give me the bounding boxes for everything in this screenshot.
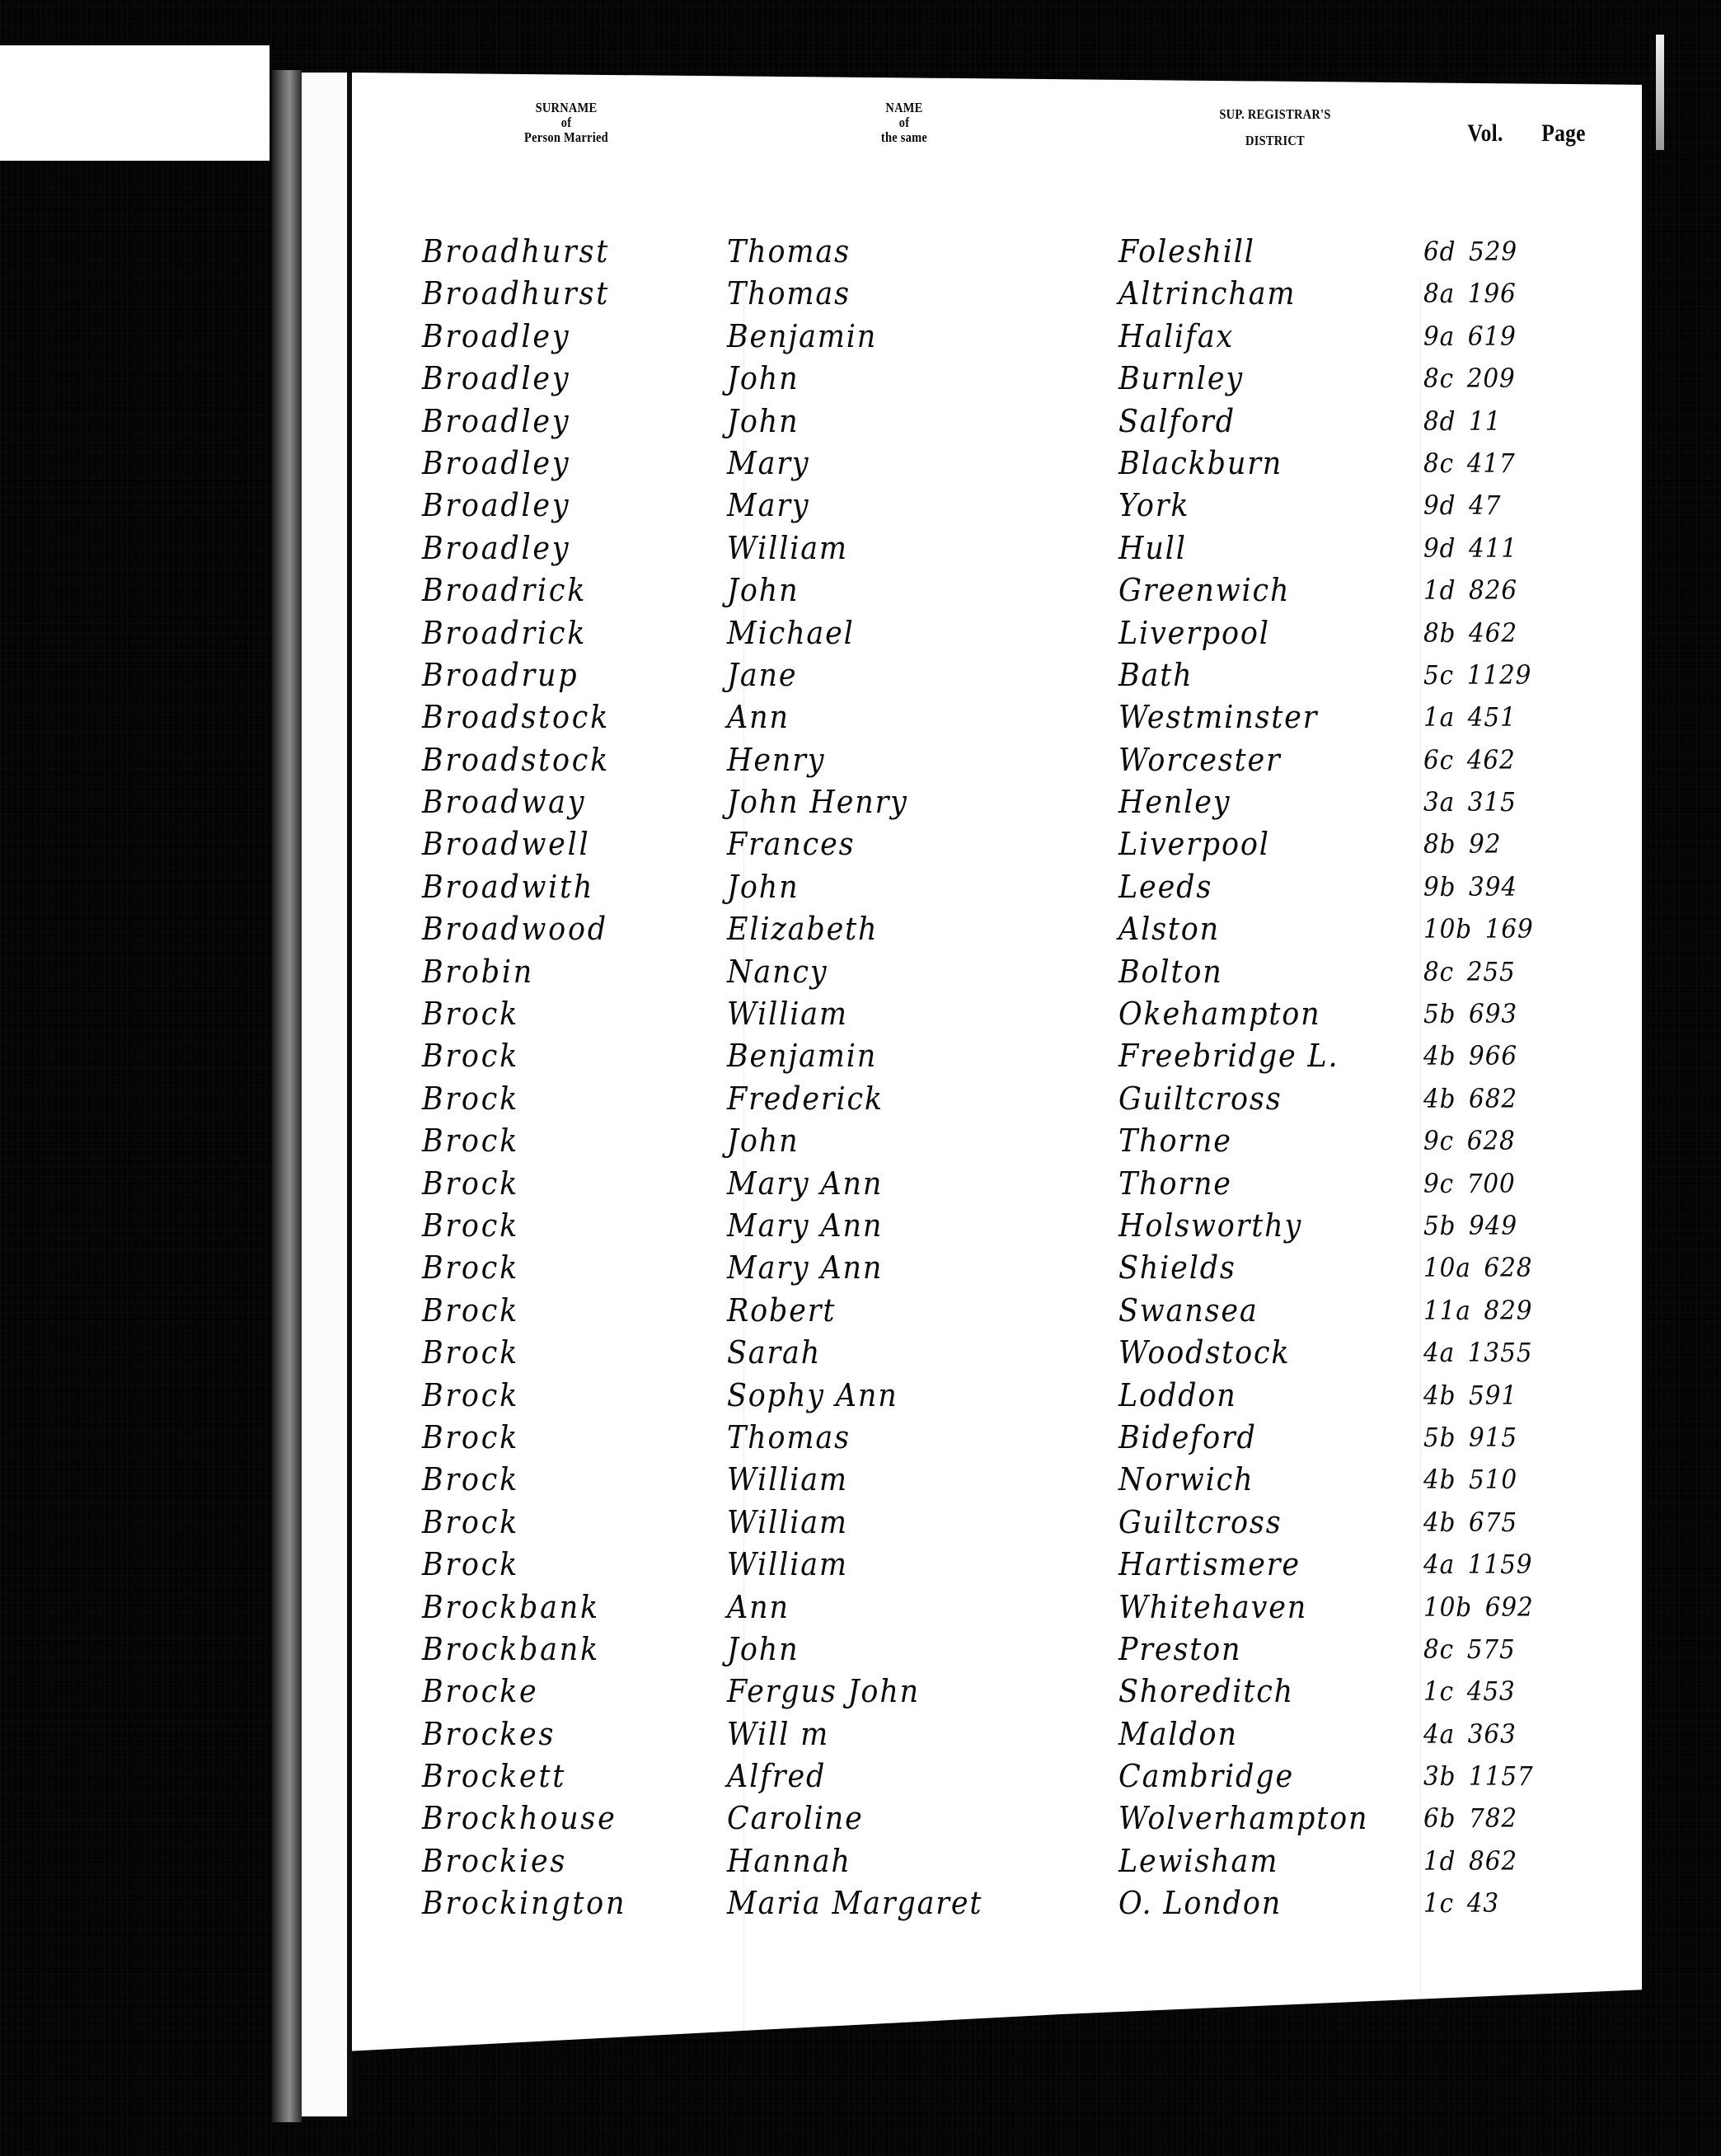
film-edge-glint [1656,35,1664,150]
vol-page-cell: 4a 1355 [1423,1332,1532,1374]
table-row: BroadleyJohnBurnley8c 209 [352,358,1642,400]
surname-cell: Brock [422,1332,519,1374]
name-cell: William [727,1544,848,1586]
surname-cell: Broadley [422,443,570,485]
vol-page-cell: 3b 1157 [1423,1755,1534,1797]
name-cell: William [727,527,848,569]
surname-cell: Broadley [422,316,570,358]
surname-cell: Broadley [422,358,570,400]
vol-value: 1c [1423,1887,1454,1919]
surname-cell: Broadwood [422,908,608,950]
name-cell: Mary [727,485,809,527]
vol-value: 8c [1423,956,1454,987]
name-cell: Maria Margaret [727,1882,982,1924]
header-text: NAME [856,101,954,115]
name-cell: Thomas [727,231,851,273]
vol-page-cell: 5b 915 [1423,1417,1517,1459]
page-value: 693 [1469,998,1517,1029]
page-value: 92 [1469,828,1501,860]
district-cell: Maldon [1118,1713,1238,1755]
vol-page-cell: 6c 462 [1423,739,1516,781]
surname-cell: Brock [422,1078,519,1120]
table-row: BrockSarahWoodstock4a 1355 [352,1332,1642,1374]
page-value: 451 [1468,701,1517,733]
surname-cell: Brockbank [422,1587,600,1629]
vol-value: 8b [1423,828,1456,860]
name-cell: Will m [727,1713,829,1755]
name-cell: John [727,866,799,908]
name-cell: Jane [727,654,797,696]
district-cell: Norwich [1118,1459,1254,1501]
district-cell: Wolverhampton [1118,1797,1368,1840]
district-cell: Bath [1118,654,1193,696]
page-value: 628 [1467,1125,1516,1156]
name-cell: Frances [727,823,855,865]
name-cell: Benjamin [727,316,877,358]
vol-value: 5b [1423,998,1456,1029]
district-cell: Salford [1118,401,1236,443]
vol-page-cell: 8d 11 [1423,401,1501,443]
page-value: 591 [1469,1380,1517,1411]
table-row: BroadleyBenjaminHalifax9a 619 [352,316,1642,358]
page-value: 915 [1469,1422,1517,1453]
district-cell: Halifax [1118,316,1234,358]
name-cell: John [727,1120,799,1162]
vol-page-cell: 5b 949 [1423,1205,1517,1247]
vol-value: 1d [1423,1845,1456,1877]
page-value: 862 [1469,1845,1517,1877]
surname-cell: Brock [422,1290,519,1332]
vol-page-cell: 1d 826 [1423,569,1517,612]
vol-page-cell: 9b 394 [1423,866,1517,908]
table-row: BrockWilliamHartismere4a 1159 [352,1544,1642,1586]
page-value: 510 [1469,1464,1517,1495]
table-row: BrockesWill mMaldon4a 363 [352,1713,1642,1755]
vol-page-cell: 4a 1159 [1423,1544,1532,1586]
header-text: SUP. REGISTRAR'S [1198,107,1353,122]
vol-page-cell: 9d 47 [1423,485,1501,527]
district-cell: Cambridge [1118,1755,1294,1797]
vol-page-cell: 9d 411 [1423,527,1517,569]
surname-cell: Brock [422,1120,519,1162]
district-cell: Hull [1118,527,1187,569]
name-cell: Thomas [727,1417,851,1459]
page-value: 692 [1485,1591,1534,1623]
name-cell: William [727,993,848,1035]
district-cell: Bideford [1118,1417,1257,1459]
surname-cell: Broadwith [422,866,594,908]
name-cell: Fergus John [727,1671,920,1713]
header-text: of [490,115,644,130]
vol-page-cell: 10b 692 [1423,1587,1534,1629]
name-cell: Mary Ann [727,1205,883,1247]
district-cell: Burnley [1118,358,1244,400]
table-row: BrockMary AnnHolsworthy5b 949 [352,1205,1642,1247]
film-leader-tab [0,45,270,161]
district-cell: York [1118,485,1189,527]
vol-page-cell: 6d 529 [1423,231,1517,273]
vol-value: 9d [1423,490,1456,521]
table-row: BroadrupJaneBath5c 1129 [352,654,1642,696]
surname-cell: Broadstock [422,696,610,738]
vol-value: 8d [1423,405,1456,437]
table-row: BroadstockAnnWestminster1a 451 [352,696,1642,738]
vol-page-cell: 4b 591 [1423,1375,1517,1417]
page-value: 675 [1469,1507,1517,1538]
vol-value: 9a [1423,321,1455,352]
table-row: BroadhurstThomasFoleshill6d 529 [352,231,1642,273]
page-value: 43 [1467,1887,1499,1919]
page-value: 462 [1467,744,1516,776]
table-row: BrobinNancyBolton8c 255 [352,951,1642,993]
vol-page-cell: 8a 196 [1423,273,1517,315]
district-cell: Swansea [1118,1290,1259,1332]
vol-page-cell: 8c 255 [1423,951,1516,993]
name-cell: Mary Ann [727,1247,883,1289]
name-cell: Sarah [727,1332,821,1374]
vol-value: 4a [1423,1337,1455,1368]
vol-value: 9b [1423,871,1456,902]
district-cell: Worcester [1118,739,1282,781]
vol-value: 4b [1423,1464,1456,1495]
table-row: BrockbankJohnPreston8c 575 [352,1629,1642,1671]
district-cell: Shields [1118,1247,1236,1289]
table-row: BrockWilliamOkehampton5b 693 [352,993,1642,1035]
page-value: 169 [1485,913,1534,944]
district-cell: Hartismere [1118,1544,1301,1586]
surname-cell: Brockies [422,1840,567,1882]
header-vol: Vol. [1454,120,1517,147]
name-cell: Caroline [727,1797,864,1840]
header-text: Vol. [1467,120,1503,147]
district-cell: Guiltcross [1118,1502,1282,1544]
vol-page-cell: 5b 693 [1423,993,1517,1035]
page-value: 1355 [1468,1337,1533,1368]
name-cell: John [727,1629,799,1671]
district-cell: Thorne [1118,1120,1232,1162]
vol-value: 3a [1423,786,1455,818]
vol-page-cell: 9c 628 [1423,1120,1516,1162]
table-row: BrockeFergus JohnShoreditch1c 453 [352,1671,1642,1713]
district-cell: Lewisham [1118,1840,1278,1882]
vol-page-cell: 8c 575 [1423,1629,1516,1671]
page-value: 47 [1469,490,1501,521]
name-cell: William [727,1502,848,1544]
name-cell: Ann [727,696,790,738]
vol-page-cell: 10b 169 [1423,908,1534,950]
name-cell: Frederick [727,1078,884,1120]
vol-value: 9d [1423,532,1456,564]
page-value: 196 [1468,278,1517,309]
surname-cell: Brobin [422,951,534,993]
vol-value: 4b [1423,1380,1456,1411]
surname-cell: Broadway [422,781,586,823]
district-cell: Freebridge L. [1118,1035,1339,1077]
page-value: 966 [1469,1040,1517,1071]
table-row: BrockMary AnnShields10a 628 [352,1247,1642,1289]
vol-value: 10b [1423,1591,1472,1623]
surname-cell: Broadwell [422,823,590,865]
page-value: 363 [1468,1718,1517,1750]
surname-cell: Brockbank [422,1629,600,1671]
header-district: SUP. REGISTRAR'S DISTRICT [1198,107,1353,148]
page-value: 255 [1467,956,1516,987]
table-row: BrockRobertSwansea11a 829 [352,1290,1642,1332]
surname-cell: Broadrup [422,654,579,696]
vol-page-cell: 6b 782 [1423,1797,1517,1840]
table-row: BrockFrederickGuiltcross4b 682 [352,1078,1642,1120]
page-value: 782 [1469,1802,1517,1834]
district-cell: Woodstock [1118,1332,1290,1374]
vol-page-cell: 3a 315 [1423,781,1517,823]
table-row: BrockiesHannahLewisham1d 862 [352,1840,1642,1882]
district-cell: Leeds [1118,866,1212,908]
vol-value: 4b [1423,1507,1456,1538]
surname-cell: Broadhurst [422,231,610,273]
page-value: 394 [1469,871,1517,902]
surname-cell: Brock [422,1375,519,1417]
header-surname: SURNAME of Person Married [490,101,644,145]
page-spine [272,70,302,2122]
vol-page-cell: 1c 453 [1423,1671,1516,1713]
header-text: DISTRICT [1198,134,1353,148]
page-value: 1157 [1469,1760,1534,1792]
name-cell: Nancy [727,951,828,993]
header-text: Page [1541,120,1585,147]
table-row: BrockBenjaminFreebridge L.4b 966 [352,1035,1642,1077]
entry-list: BroadhurstThomasFoleshill6d 529Broadhurs… [352,231,1642,1925]
surname-cell: Broadstock [422,739,610,781]
vol-page-cell: 4b 510 [1423,1459,1517,1501]
name-cell: Mary Ann [727,1163,883,1205]
vol-value: 5b [1423,1422,1456,1453]
vol-page-cell: 8b 462 [1423,612,1517,654]
vol-page-cell: 4b 675 [1423,1502,1517,1544]
vol-value: 8a [1423,278,1455,309]
header-page: Page [1529,120,1599,147]
district-cell: Shoreditch [1118,1671,1294,1713]
vol-page-cell: 9a 619 [1423,316,1517,358]
surname-cell: Brock [422,1502,519,1544]
surname-cell: Brock [422,1544,519,1586]
vol-page-cell: 4b 966 [1423,1035,1517,1077]
vol-page-cell: 11a 829 [1423,1290,1532,1332]
name-cell: John [727,401,799,443]
page-value: 462 [1469,617,1517,649]
district-cell: Okehampton [1118,993,1320,1035]
table-row: BrockMary AnnThorne9c 700 [352,1163,1642,1205]
surname-cell: Brockington [422,1882,626,1924]
vol-page-cell: 5c 1129 [1423,654,1531,696]
page-value: 628 [1484,1252,1532,1283]
vol-value: 5c [1423,659,1454,691]
page-value: 529 [1469,236,1517,267]
page-value: 209 [1467,363,1516,394]
vol-value: 8b [1423,617,1456,649]
district-cell: Henley [1118,781,1231,823]
vol-value: 1a [1423,701,1455,733]
table-row: BroadleyMaryYork9d 47 [352,485,1642,527]
name-cell: Alfred [727,1755,826,1797]
surname-cell: Broadley [422,401,570,443]
district-cell: Whitehaven [1118,1587,1307,1629]
vol-value: 4b [1423,1040,1456,1071]
district-cell: Westminster [1118,696,1318,738]
district-cell: Preston [1118,1629,1241,1671]
vol-page-cell: 8c 417 [1423,443,1516,485]
vol-value: 4b [1423,1083,1456,1114]
page-value: 949 [1469,1210,1517,1241]
table-row: BrockSophy AnnLoddon4b 591 [352,1375,1642,1417]
district-cell: Blackburn [1118,443,1283,485]
vol-value: 10a [1423,1252,1471,1283]
district-cell: Holsworthy [1118,1205,1302,1247]
name-cell: Ann [727,1587,790,1629]
page-margin [302,73,348,2116]
vol-page-cell: 8c 209 [1423,358,1516,400]
surname-cell: Brockhouse [422,1797,617,1840]
vol-page-cell: 1a 451 [1423,696,1517,738]
header-text: the same [856,130,954,145]
name-cell: Mary [727,443,809,485]
table-row: BroadrickJohnGreenwich1d 826 [352,569,1642,612]
table-row: BrockingtonMaria MargaretO. London1c 43 [352,1882,1642,1924]
table-row: BroadleyWilliamHull9d 411 [352,527,1642,569]
surname-cell: Broadley [422,485,570,527]
vol-value: 9c [1423,1125,1454,1156]
vol-value: 8c [1423,363,1454,394]
page-value: 700 [1467,1168,1516,1199]
page-value: 453 [1467,1676,1516,1707]
page-value: 829 [1484,1295,1532,1326]
table-row: BroadleyMaryBlackburn8c 417 [352,443,1642,485]
district-cell: Liverpool [1118,612,1270,654]
table-row: BrockhouseCarolineWolverhampton6b 782 [352,1797,1642,1840]
surname-cell: Brock [422,993,519,1035]
vol-page-cell: 1d 862 [1423,1840,1517,1882]
name-cell: John [727,569,799,612]
page-value: 417 [1467,448,1516,479]
surname-cell: Brock [422,1417,519,1459]
name-cell: Michael [727,612,855,654]
header-text: Person Married [490,130,644,145]
name-cell: William [727,1459,848,1501]
table-row: BrockWilliamNorwich4b 510 [352,1459,1642,1501]
vol-page-cell: 8b 92 [1423,823,1501,865]
vol-value: 6d [1423,236,1456,267]
surname-cell: Broadrick [422,569,587,612]
vol-page-cell: 1c 43 [1423,1882,1499,1924]
vol-value: 6c [1423,744,1454,776]
table-row: BroadwoodElizabethAlston10b 169 [352,908,1642,950]
name-cell: Benjamin [727,1035,877,1077]
table-row: BroadleyJohnSalford8d 11 [352,401,1642,443]
district-cell: Liverpool [1118,823,1270,865]
surname-cell: Brock [422,1163,519,1205]
vol-value: 8c [1423,448,1454,479]
header-text: of [856,115,954,130]
name-cell: Elizabeth [727,908,878,950]
vol-value: 6b [1423,1802,1456,1834]
page-value: 411 [1469,532,1517,564]
table-row: BroadwayJohn HenryHenley3a 315 [352,781,1642,823]
vol-value: 1c [1423,1676,1454,1707]
page-value: 619 [1468,321,1517,352]
name-cell: Sophy Ann [727,1375,898,1417]
district-cell: Alston [1118,908,1220,950]
surname-cell: Broadrick [422,612,587,654]
vol-page-cell: 9c 700 [1423,1163,1516,1205]
page-value: 575 [1467,1633,1516,1665]
district-cell: Guiltcross [1118,1078,1282,1120]
table-row: BrockThomasBideford5b 915 [352,1417,1642,1459]
vol-page-cell: 4b 682 [1423,1078,1517,1120]
page-value: 11 [1469,405,1501,437]
surname-cell: Brock [422,1205,519,1247]
vol-value: 10b [1423,913,1472,944]
surname-cell: Brock [422,1459,519,1501]
table-row: BroadrickMichaelLiverpool8b 462 [352,612,1642,654]
header-text: SURNAME [490,101,644,115]
vol-page-cell: 4a 363 [1423,1713,1517,1755]
table-row: BroadstockHenryWorcester6c 462 [352,739,1642,781]
district-cell: Foleshill [1118,231,1255,273]
vol-value: 8c [1423,1633,1454,1665]
vol-value: 3b [1423,1760,1456,1792]
page-value: 826 [1469,574,1517,606]
vol-value: 4a [1423,1549,1455,1580]
table-row: BrockWilliamGuiltcross4b 675 [352,1502,1642,1544]
name-cell: Thomas [727,273,851,315]
table-row: BrockettAlfredCambridge3b 1157 [352,1755,1642,1797]
surname-cell: Broadley [422,527,570,569]
district-cell: Thorne [1118,1163,1232,1205]
table-row: BrockbankAnnWhitehaven10b 692 [352,1587,1642,1629]
surname-cell: Brocke [422,1671,538,1713]
table-row: BrockJohnThorne9c 628 [352,1120,1642,1162]
district-cell: Bolton [1118,951,1223,993]
name-cell: Robert [727,1290,836,1332]
header-name: NAME of the same [856,101,954,145]
name-cell: Hannah [727,1840,851,1882]
table-row: BroadwithJohnLeeds9b 394 [352,866,1642,908]
vol-value: 4a [1423,1718,1455,1750]
name-cell: John [727,358,799,400]
column-headers: SURNAME of Person Married NAME of the sa… [352,91,1642,181]
surname-cell: Brock [422,1247,519,1289]
district-cell: Greenwich [1118,569,1290,612]
vol-value: 9c [1423,1168,1454,1199]
page-value: 1159 [1468,1549,1533,1580]
page-value: 315 [1468,786,1517,818]
surname-cell: Broadhurst [422,273,610,315]
vol-value: 11a [1423,1295,1471,1326]
page-value: 1129 [1467,659,1532,691]
name-cell: John Henry [727,781,908,823]
district-cell: Altrincham [1118,273,1296,315]
vol-value: 1d [1423,574,1456,606]
table-row: BroadhurstThomasAltrincham8a 196 [352,273,1642,315]
table-row: BroadwellFrancesLiverpool8b 92 [352,823,1642,865]
surname-cell: Brock [422,1035,519,1077]
vol-page-cell: 10a 628 [1423,1247,1532,1289]
surname-cell: Brockett [422,1755,566,1797]
district-cell: O. London [1118,1882,1282,1924]
name-cell: Henry [727,739,825,781]
page-value: 682 [1469,1083,1517,1114]
vol-value: 5b [1423,1210,1456,1241]
district-cell: Loddon [1118,1375,1237,1417]
